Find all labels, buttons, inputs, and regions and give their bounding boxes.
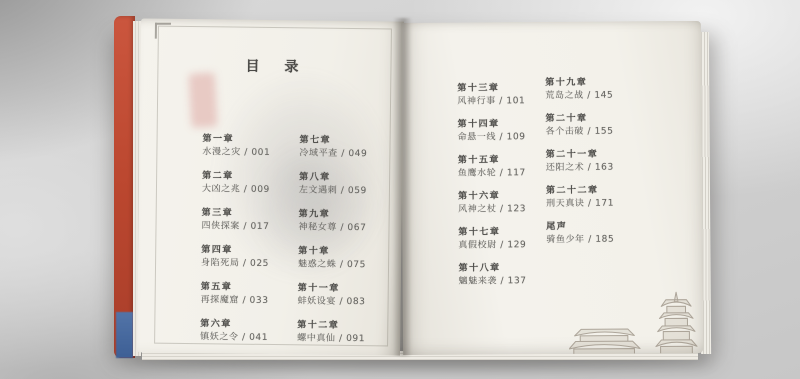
chapter-label: 第八章 (299, 171, 395, 185)
toc-entry: 第九章 神秘女尊 / 067 (298, 208, 394, 235)
chapter-label: 第十四章 (458, 118, 554, 132)
toc-entry: 第六章 镇妖之令 / 041 (200, 318, 296, 345)
chapter-title-page: 骑鱼少年 / 185 (546, 233, 642, 247)
chapter-title-page: 荒岛之战 / 145 (545, 89, 641, 103)
cover-bleedthrough-red (189, 72, 218, 127)
photo-of-open-book: 目 录 第一章 水漫之灾 / 001 第二章 大凶之兆 / 009 第三章 四侠… (0, 0, 800, 379)
toc-entry: 第四章 身陷死局 / 025 (201, 244, 297, 271)
left-page: 目 录 第一章 水漫之灾 / 001 第二章 大凶之兆 / 009 第三章 四侠… (137, 18, 404, 355)
toc-column: 第十三章 风神行事 / 101 第十四章 命悬一线 / 109 第十五章 鱼鹰水… (457, 82, 555, 299)
chapter-title-page: 神秘女尊 / 067 (298, 221, 394, 235)
chapter-label: 第十三章 (457, 82, 553, 96)
chapter-label: 第十章 (298, 245, 394, 259)
toc-entry: 第二十一章 还阳之术 / 163 (546, 148, 642, 175)
chapter-label: 第二十章 (545, 112, 641, 126)
chapter-label: 第二章 (202, 170, 298, 184)
chapter-title-page: 还阳之术 / 163 (546, 161, 642, 175)
chapter-label: 第十七章 (458, 226, 554, 240)
toc-entry: 尾声 骑鱼少年 / 185 (546, 220, 642, 247)
chapter-label: 第十二章 (297, 319, 393, 333)
chapter-title-page: 真假校尉 / 129 (458, 239, 554, 253)
chapter-title-page: 鱼鹰水轮 / 117 (458, 167, 554, 181)
toc-entry: 第十一章 蚌妖设宴 / 083 (298, 282, 394, 309)
toc-entry: 第十三章 风神行事 / 101 (457, 82, 553, 109)
toc-entry: 第十四章 命悬一线 / 109 (458, 118, 554, 145)
toc-entry: 第五章 再探魔窟 / 033 (201, 281, 297, 308)
chapter-title-page: 冷域平查 / 049 (299, 147, 395, 161)
chapter-title-page: 左文遇刺 / 059 (299, 184, 395, 198)
chapter-title-page: 蚌妖设宴 / 083 (298, 295, 394, 309)
chapter-title-page: 刑天真诀 / 171 (546, 197, 642, 211)
toc-entry: 第八章 左文遇刺 / 059 (299, 171, 395, 198)
toc-entry: 第一章 水漫之灾 / 001 (202, 133, 298, 160)
chapter-label: 第十一章 (298, 282, 394, 296)
chapter-label: 第二十一章 (546, 148, 642, 162)
chapter-title-page: 镇妖之令 / 041 (200, 331, 296, 345)
chapter-label: 第十五章 (458, 154, 554, 168)
toc-entry: 第十二章 螺中真仙 / 091 (297, 319, 393, 346)
chapter-label: 第三章 (202, 207, 298, 221)
toc-entry: 第七章 冷域平查 / 049 (299, 134, 395, 161)
book-cover-edge-blue (116, 312, 133, 358)
toc-entry: 第二十二章 刑天真诀 / 171 (546, 184, 642, 211)
chapter-title-page: 各个击破 / 155 (546, 125, 642, 139)
pagoda-tower (656, 292, 698, 355)
chapter-title-page: 水漫之灾 / 001 (202, 146, 298, 160)
chapter-label: 第十九章 (545, 76, 641, 90)
chapter-label: 第五章 (201, 281, 297, 295)
toc-entry: 第十五章 鱼鹰水轮 / 117 (458, 154, 554, 181)
right-page: 第十三章 风神行事 / 101 第十四章 命悬一线 / 109 第十五章 鱼鹰水… (401, 21, 703, 355)
chapter-title-page: 风神行事 / 101 (457, 95, 553, 109)
chapter-label: 第十八章 (459, 262, 555, 276)
chapter-label: 第十六章 (458, 190, 554, 204)
chapter-label: 第六章 (200, 318, 296, 332)
ink-pagoda-illustration-icon (569, 283, 703, 355)
chapter-title-page: 再探魔窟 / 033 (201, 294, 297, 308)
chapter-label: 第七章 (299, 134, 395, 148)
toc-entry: 第二十章 各个击破 / 155 (545, 112, 641, 139)
frame-corner-ornament (155, 23, 171, 39)
toc-entry: 第十七章 真假校尉 / 129 (458, 226, 554, 253)
chapter-title-page: 四侠探案 / 017 (201, 220, 297, 234)
toc-entry: 第十章 魅惑之蛛 / 075 (298, 245, 394, 272)
toc-column: 第七章 冷域平查 / 049 第八章 左文遇刺 / 059 第九章 神秘女尊 /… (297, 134, 396, 355)
chapter-title-page: 螺中真仙 / 091 (297, 332, 393, 346)
toc-entry: 第三章 四侠探案 / 017 (201, 207, 297, 234)
chapter-label: 第四章 (201, 244, 297, 258)
chapter-label: 第二十二章 (546, 184, 642, 198)
chapter-title-page: 风神之杖 / 123 (458, 203, 554, 217)
chapter-title-page: 命悬一线 / 109 (458, 131, 554, 145)
chapter-label: 第一章 (202, 133, 298, 147)
toc-entry: 第十九章 荒岛之战 / 145 (545, 76, 641, 103)
toc-title: 目 录 (140, 54, 403, 77)
toc-entry: 第十八章 魑魅来袭 / 137 (459, 262, 555, 289)
chapter-label: 尾声 (546, 220, 642, 234)
chapter-label: 第九章 (299, 208, 395, 222)
chapter-title-page: 魅惑之蛛 / 075 (298, 258, 394, 272)
toc-column: 第一章 水漫之灾 / 001 第二章 大凶之兆 / 009 第三章 四侠探案 /… (200, 133, 299, 355)
book-spine-gutter (393, 18, 412, 356)
chapter-title-page: 魑魅来袭 / 137 (459, 275, 555, 289)
book-cover-edge (114, 16, 135, 358)
chapter-title-page: 大凶之兆 / 009 (202, 183, 298, 197)
pavilion-hall (569, 329, 640, 355)
toc-entry: 第十六章 风神之杖 / 123 (458, 190, 554, 217)
chapter-title-page: 身陷死局 / 025 (201, 257, 297, 271)
toc-column: 第十九章 荒岛之战 / 145 第二十章 各个击破 / 155 第二十一章 还阳… (545, 76, 642, 257)
toc-entry: 第二章 大凶之兆 / 009 (202, 170, 298, 197)
